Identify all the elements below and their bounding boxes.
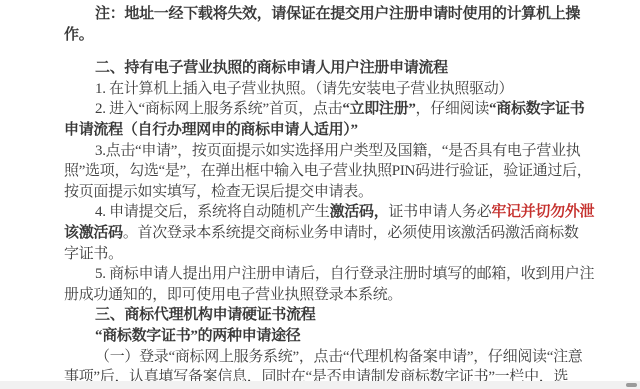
text-line: 照”选项，勾选“是”，在弹出框中输入电子营业执照PIN码进行验证，验证通过后，: [64, 161, 580, 182]
text-line: 3.点击“申请”，按页面提示如实选择用户类型及国籍，“是否具有电子营业执: [64, 141, 580, 162]
text-segment: “立即注册”: [342, 101, 415, 117]
text-segment: 5. 商标申请人提出用户注册申请后，自行登录注册时填写的邮箱，收到用户注: [95, 266, 594, 282]
text-segment: 字证书。: [64, 246, 123, 262]
text-segment: 注：地址一经下载将失效，请保证在提交用户注册申请时使用的计算机上操: [95, 6, 580, 22]
document-page: 注：地址一经下载将失效，请保证在提交用户注册申请时使用的计算机上操作。二、持有电…: [0, 0, 640, 389]
text-line: 该激活码。首次登录本系统提交商标业务申请时，必须使用该激活码激活商标数: [64, 223, 580, 244]
text-line: 按页面提示如实填写，检查无误后提交申请表。: [64, 182, 580, 203]
text-line: 2. 进入“商标网上服务系统”首页，点击“立即注册”，仔细阅读“商标数字证书: [64, 99, 580, 120]
horizontal-scrollbar-track[interactable]: [0, 381, 640, 389]
text-line: （一）登录“商标网上服务系统”，点击“代理机构备案申请”，仔细阅读“注意: [64, 347, 580, 368]
text-segment: 作。: [64, 27, 93, 43]
text-line: 申请流程（自行办理网申的商标申请人适用）”: [64, 120, 580, 141]
text-segment: “商标数字证书”的两种申请途径: [95, 328, 301, 344]
text-line: “商标数字证书”的两种申请途径: [64, 326, 580, 347]
text-line: 注：地址一经下载将失效，请保证在提交用户注册申请时使用的计算机上操: [64, 4, 580, 25]
text-segment: 按页面提示如实填写，检查无误后提交申请表。: [64, 184, 373, 200]
text-segment: 3.点击“申请”，按页面提示如实选择用户类型及国籍，“是否具有电子营业执: [95, 143, 580, 159]
horizontal-scrollbar-thumb[interactable]: [626, 383, 637, 387]
text-line: 二、持有电子营业执照的商标申请人用户注册申请流程: [64, 58, 580, 79]
text-segment: 三、商标代理机构申请硬证书流程: [95, 307, 316, 323]
text-segment: 1. 在计算机上插入电子营业执照。（请先安装电子营业执照驱动）: [95, 81, 513, 97]
red-emphasis-text: 牢记并切勿外泄: [491, 204, 594, 220]
text-segment: 激活码，: [330, 204, 389, 220]
text-segment: 2. 进入“商标网上服务系统”首页，点击: [95, 101, 342, 117]
text-segment: 申请流程（自行办理网申的商标申请人适用）”: [64, 122, 358, 138]
text-line: 4. 申请提交后，系统将自动随机产生激活码，证书申请人务必牢记并切勿外泄: [64, 202, 580, 223]
text-line: 三、商标代理机构申请硬证书流程: [64, 305, 580, 326]
text-segment: 证书申请人务必: [388, 204, 491, 220]
text-segment: “商标数字证书: [489, 101, 584, 117]
text-segment: 。首次登录本系统提交商标业务申请时，必须使用该激活码激活商标数: [123, 225, 579, 241]
document-body: 注：地址一经下载将失效，请保证在提交用户注册申请时使用的计算机上操作。二、持有电…: [64, 4, 580, 388]
text-segment: ，仔细阅读: [416, 101, 490, 117]
text-line: 1. 在计算机上插入电子营业执照。（请先安装电子营业执照驱动）: [64, 79, 580, 100]
text-segment: 该激活码: [64, 225, 123, 241]
text-line: 作。: [64, 25, 580, 46]
text-line: 册成功通知的，即可使用电子营业执照登录本系统。: [64, 285, 580, 306]
text-line: 5. 商标申请人提出用户注册申请后，自行登录注册时填写的邮箱，收到用户注: [64, 264, 580, 285]
text-line: 字证书。: [64, 244, 580, 265]
text-segment: 二、持有电子营业执照的商标申请人用户注册申请流程: [95, 60, 448, 76]
text-segment: 4. 申请提交后，系统将自动随机产生: [95, 204, 330, 220]
text-segment: 照”选项，勾选“是”，在弹出框中输入电子营业执照PIN码进行验证，验证通过后，: [64, 163, 591, 179]
text-segment: 册成功通知的，即可使用电子营业执照登录本系统。: [64, 287, 402, 303]
text-segment: （一）登录“商标网上服务系统”，点击“代理机构备案申请”，仔细阅读“注意: [95, 349, 583, 365]
